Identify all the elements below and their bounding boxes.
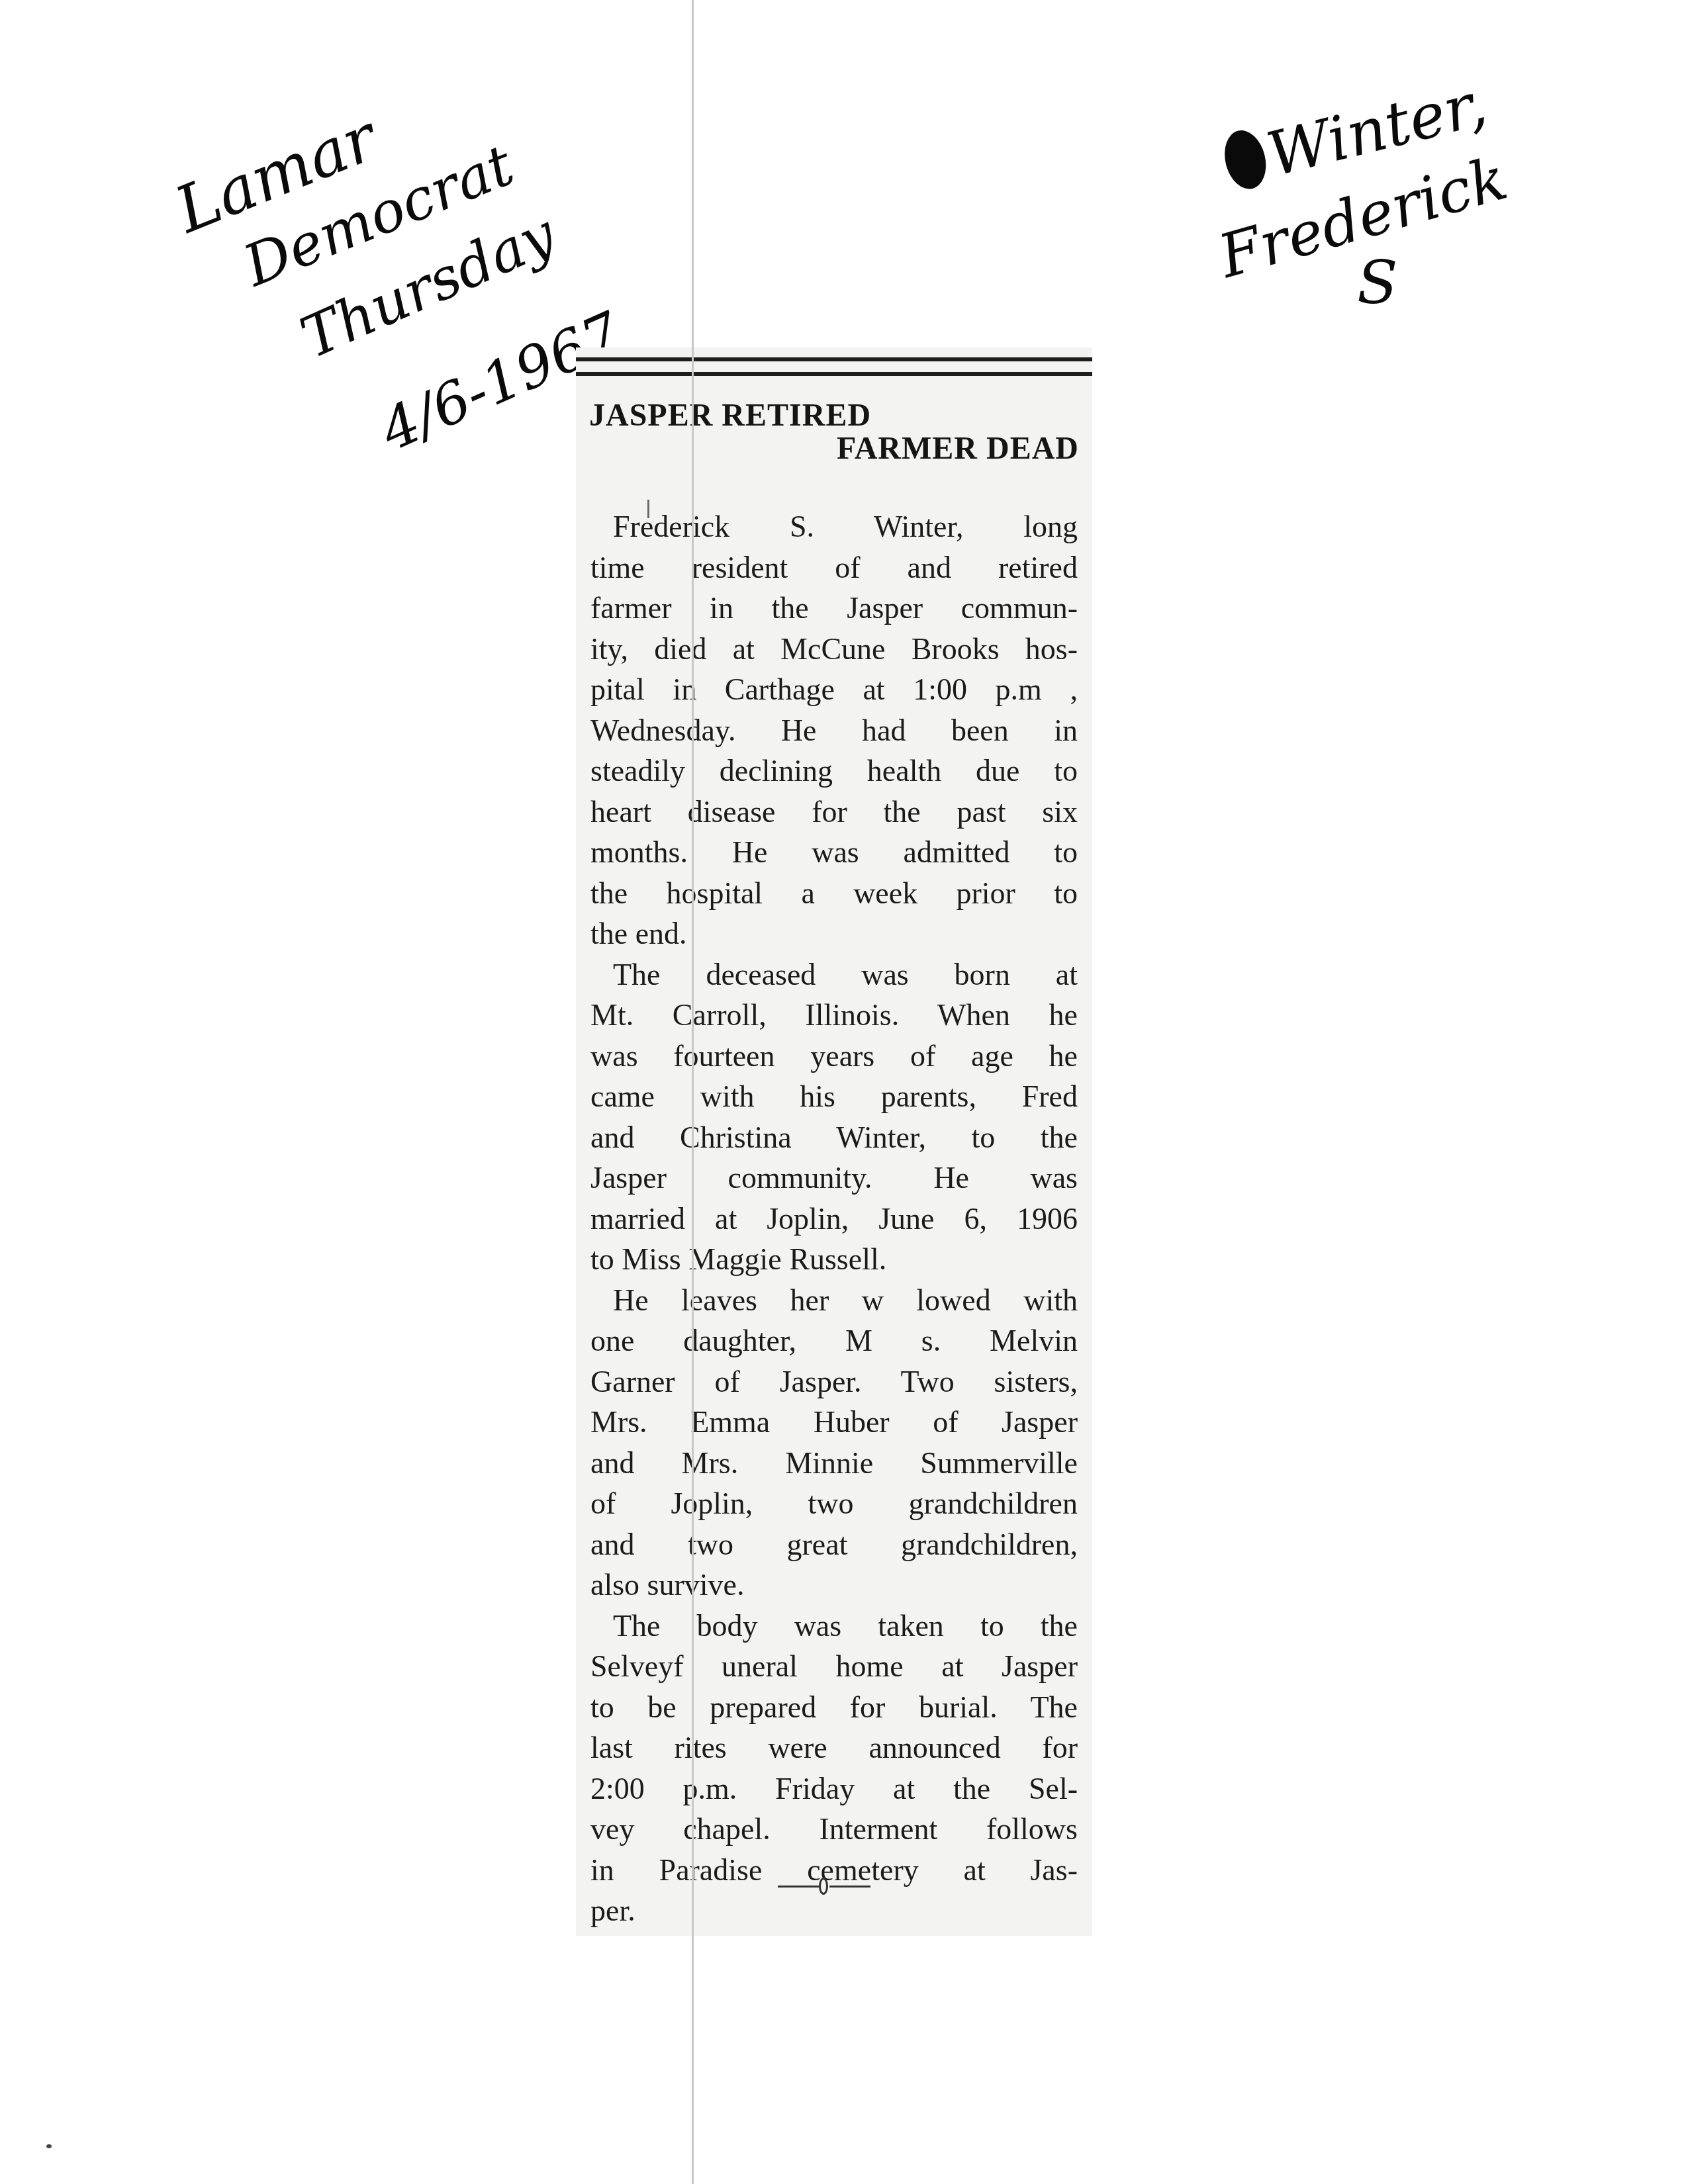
end-of-article-mark-icon — [778, 1876, 870, 1896]
obituary-text-line: Wednesday. He had been in — [590, 710, 1078, 751]
obituary-text-line: 2:00 p.m. Friday at the Sel- — [590, 1768, 1078, 1809]
obituary-text-line: Selveyf uneral home at Jasper — [590, 1646, 1078, 1687]
column-rule-top — [576, 357, 1092, 361]
headline-line-1: JASPER RETIRED — [589, 397, 871, 433]
obituary-text-line: of Joplin, two grandchildren — [590, 1483, 1078, 1524]
obituary-text-line: one daughter, M s. Melvin — [590, 1320, 1078, 1361]
obituary-text-line: Mrs. Emma Huber of Jasper — [590, 1402, 1078, 1443]
obituary-text-line: Garner of Jasper. Two sisters, — [590, 1361, 1078, 1402]
obituary-text-line: The body was taken to the — [590, 1606, 1078, 1647]
obituary-text-line: to Miss Maggie Russell. — [590, 1239, 1078, 1280]
newspaper-clipping: JASPER RETIRED FARMER DEAD Frederick S. … — [576, 347, 1092, 1936]
obituary-text-line: time resident of and retired — [590, 547, 1078, 588]
obituary-text-line: and two great grandchildren, — [590, 1524, 1078, 1565]
obituary-text-line: Jasper community. He was — [590, 1158, 1078, 1199]
obituary-text-line: months. He was admitted to — [590, 832, 1078, 873]
obituary-text-line: last rites were announced for — [590, 1727, 1078, 1768]
obituary-text-line: and Christina Winter, to the — [590, 1117, 1078, 1158]
obituary-text-line: also survive. — [590, 1565, 1078, 1606]
obituary-text-line: Frederick S. Winter, long — [590, 506, 1078, 547]
obituary-text-line: steadily declining health due to — [590, 751, 1078, 792]
obituary-text-line: married at Joplin, June 6, 1906 — [590, 1199, 1078, 1240]
obituary-text-line: per. — [590, 1890, 1078, 1931]
obituary-text-line: to be prepared for burial. The — [590, 1687, 1078, 1728]
obituary-text-line: farmer in the Jasper commun- — [590, 588, 1078, 629]
obituary-text-line: ity, died at McCune Brooks hos- — [590, 629, 1078, 670]
obituary-text-line: He leaves her w lowed with — [590, 1280, 1078, 1321]
obituary-text-line: came with his parents, Fred — [590, 1076, 1078, 1117]
obituary-text-line: The deceased was born at — [590, 954, 1078, 995]
obituary-text-line: the end. — [590, 913, 1078, 954]
obituary-text-line: and Mrs. Minnie Summerville — [590, 1443, 1078, 1484]
obituary-text-line: heart disease for the past six — [590, 792, 1078, 833]
scan-speck — [46, 2144, 52, 2148]
obituary-text-line: was fourteen years of age he — [590, 1036, 1078, 1077]
obituary-text-line: vey chapel. Interment follows — [590, 1809, 1078, 1850]
scanner-fold-line — [692, 0, 694, 2184]
column-rule-second — [576, 372, 1092, 376]
handwritten-middle-initial: S — [1357, 248, 1398, 318]
obituary-text-line: Mt. Carroll, Illinois. When he — [590, 995, 1078, 1036]
obituary-body: Frederick S. Winter, longtime resident o… — [590, 506, 1078, 1931]
obituary-text-line: the hospital a week prior to — [590, 873, 1078, 914]
headline-line-2: FARMER DEAD — [837, 430, 1079, 467]
obituary-text-line: pital in Carthage at 1:00 p.m , — [590, 669, 1078, 710]
